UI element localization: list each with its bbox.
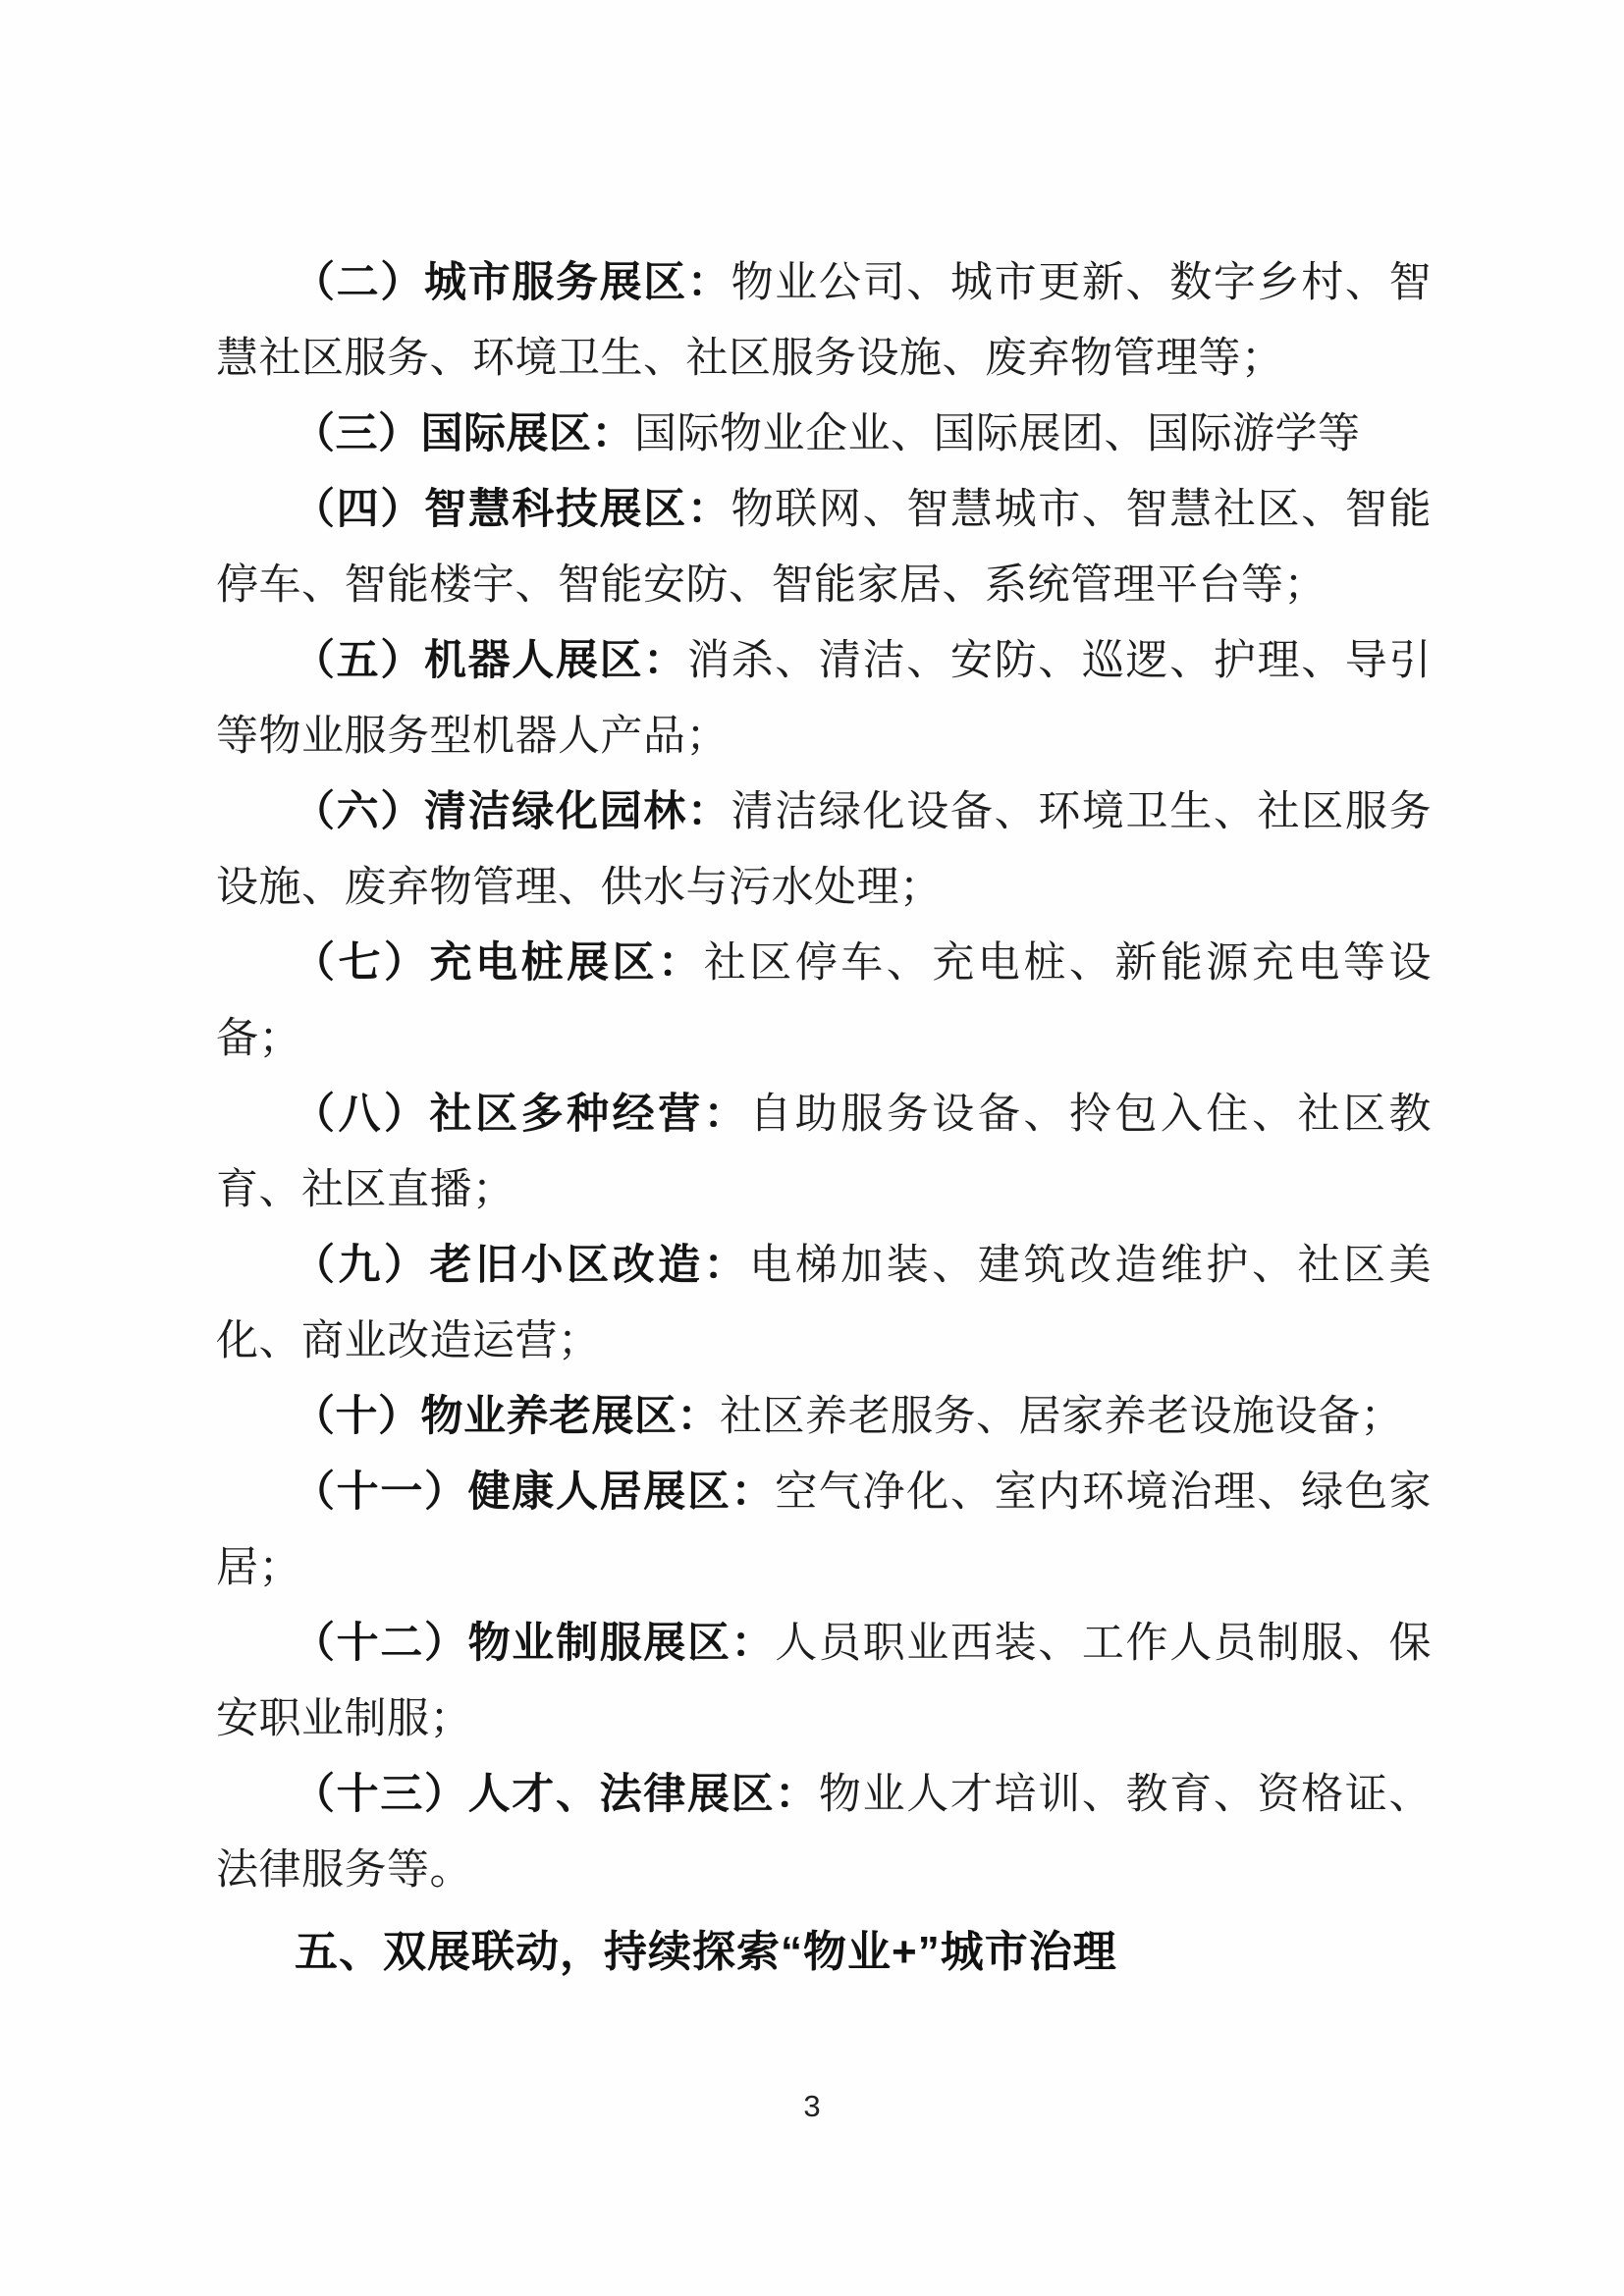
paragraph-label: （二）城市服务展区： — [293, 260, 731, 306]
paragraph-label: （四）智慧科技展区： — [293, 487, 731, 533]
paragraph-label: （十三）人才、法律展区： — [293, 1772, 819, 1818]
section-heading: 五、双展联动，持续探索“物业+”城市治理 — [216, 1914, 1432, 1990]
paragraph: （九）老旧小区改造：电梯加装、建筑改造维护、社区美化、商业改造运营； — [216, 1228, 1432, 1379]
paragraph-list: （二）城市服务展区：物业公司、城市更新、数字乡村、智慧社区服务、环境卫生、社区服… — [216, 245, 1432, 1908]
paragraph-label: （三）国际展区： — [293, 411, 634, 457]
paragraph-label: （十一）健康人居展区： — [293, 1469, 775, 1516]
paragraph: （三）国际展区：国际物业企业、国际展团、国际游学等 — [216, 397, 1432, 472]
paragraph-label: （五）机器人展区： — [293, 638, 687, 684]
paragraph: （十）物业养老展区：社区养老服务、居家养老设施设备； — [216, 1379, 1432, 1455]
paragraph-label: （十）物业养老展区： — [293, 1394, 720, 1440]
paragraph-label: （九）老旧小区改造： — [293, 1243, 749, 1289]
paragraph: （六）清洁绿化园林：清洁绿化设备、环境卫生、社区服务设施、废弃物管理、供水与污水… — [216, 774, 1432, 926]
paragraph-label: （七）充电桩展区： — [293, 940, 704, 987]
page-number: 3 — [0, 2087, 1624, 2126]
paragraph: （十二）物业制服展区：人员职业西装、工作人员制服、保安职业制服； — [216, 1606, 1432, 1757]
paragraph: （八）社区多种经营：自助服务设备、拎包入住、社区教育、社区直播； — [216, 1077, 1432, 1228]
paragraph-text: 社区养老服务、居家养老设施设备； — [720, 1394, 1403, 1440]
paragraph-label: （八）社区多种经营： — [293, 1092, 749, 1138]
document-body: （二）城市服务展区：物业公司、城市更新、数字乡村、智慧社区服务、环境卫生、社区服… — [216, 245, 1432, 1990]
paragraph: （二）城市服务展区：物业公司、城市更新、数字乡村、智慧社区服务、环境卫生、社区服… — [216, 245, 1432, 397]
paragraph: （四）智慧科技展区：物联网、智慧城市、智慧社区、智能停车、智能楼宇、智能安防、智… — [216, 472, 1432, 623]
paragraph-label: （六）清洁绿化园林： — [293, 789, 731, 835]
paragraph-label: （十二）物业制服展区： — [293, 1621, 775, 1667]
paragraph-text: 国际物业企业、国际展团、国际游学等 — [634, 411, 1361, 457]
paragraph: （十一）健康人居展区：空气净化、室内环境治理、绿色家居； — [216, 1455, 1432, 1606]
paragraph: （五）机器人展区：消杀、清洁、安防、巡逻、护理、导引等物业服务型机器人产品； — [216, 623, 1432, 774]
document-page: （二）城市服务展区：物业公司、城市更新、数字乡村、智慧社区服务、环境卫生、社区服… — [0, 0, 1624, 2296]
paragraph: （十三）人才、法律展区：物业人才培训、教育、资格证、法律服务等。 — [216, 1757, 1432, 1908]
paragraph: （七）充电桩展区：社区停车、充电桩、新能源充电等设备； — [216, 926, 1432, 1077]
